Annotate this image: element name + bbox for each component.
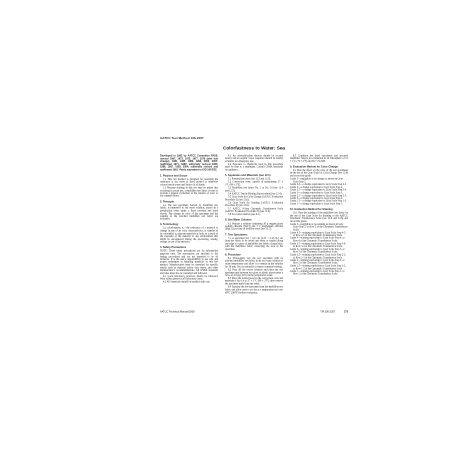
paragraph: 7.1 A specimen 6.0 × 6.0 cm (2.25 × 2.25… [225,237,283,251]
section-heading: 2. Principle [160,200,218,203]
paragraph: 8.4 Separate the test specimen from the … [225,286,283,294]
section-heading: 6. Sea Water Solution [225,218,283,221]
paragraph: NOTE: These safety precautions are for i… [160,250,218,275]
section-heading: 3. Terminology [160,223,218,226]
paragraph: 8.1 Thoroughly wet the test specimen wit… [225,257,283,268]
footer-right-group: TM 106-2007 173 [320,310,348,313]
paragraph: Grade 1—staining equivalent to Gray Scal… [290,270,348,276]
section-heading: 1. Purpose and Scope [160,174,218,177]
paragraph: 2.1 The test specimen, backed by multifi… [160,204,218,221]
paragraph: 10.1 Rate the staining of the multifiber… [290,212,348,223]
paragraph: 4.4 Exposure to chemicals used in this p… [225,163,283,171]
paragraph: 1.1 This test method is designed for ass… [160,178,218,186]
paragraph: 8.2 Pour off the excess solution and pla… [225,268,283,276]
section-heading: 10. Evaluation Method for Staining [290,208,348,211]
paragraph: 5.8 Sea water solution (see 6.1). [225,213,283,216]
section-heading: 4. Safety Precautions [160,246,218,249]
body-columns: Developed in 1962 by AATCC Committee RA5… [160,154,348,307]
section-heading: 8. Procedure [225,253,283,256]
paragraph: 4.3 An eyewash/safety shower should be l… [225,154,283,162]
paragraph: 4.2 All chemicals should be handled with… [160,281,218,284]
paragraph: 8.5 Condition the dried specimens and at… [290,154,348,162]
paragraph: 1.2 Because staining in this test may be… [160,186,218,197]
paragraph: 6.1 Prepare a solution containing 30 g r… [225,222,283,230]
footer-manual-label: AATCC Technical Manual/2008 [160,310,195,313]
paragraph: 9.1 Rate the effect on the color of the … [290,169,348,177]
footer-page-number: 173 [344,310,348,313]
page-title: Colorfastness to Water: Sea [160,145,348,150]
document-page: AATCC Test Method 106-2007 Colorfastness… [0,0,458,458]
section-heading: 5. Apparatus and Materials (see 12.1) [225,174,283,177]
text-column-2: 4.3 An eyewash/safety shower should be l… [225,154,283,307]
doc-header: AATCC Test Method 106-2007 [160,136,348,140]
paragraph: 3.1 colorfastness, n.—the resistance of … [160,227,218,244]
text-column-1: Developed in 1962 by AATCC Committee RA5… [160,154,218,307]
paragraph: Developed in 1962 by AATCC Committee RA5… [160,154,218,171]
text-column-3: 8.5 Condition the dried specimens and at… [290,154,348,307]
footer-doc-ref: TM 106-2007 [320,310,335,313]
page-content: AATCC Test Method 106-2007 Colorfastness… [160,136,348,313]
section-heading: 9. Evaluation Method for Color Change [290,165,348,168]
paragraph: 8.3 Place the loaded tester in the conve… [225,277,283,285]
doc-footer: AATCC Technical Manual/2008 TM 106-2007 … [160,310,348,313]
section-heading: 7. Test Specimens [225,233,283,236]
paragraph: Grade 1—a change equivalent to Gray Scal… [290,202,348,205]
